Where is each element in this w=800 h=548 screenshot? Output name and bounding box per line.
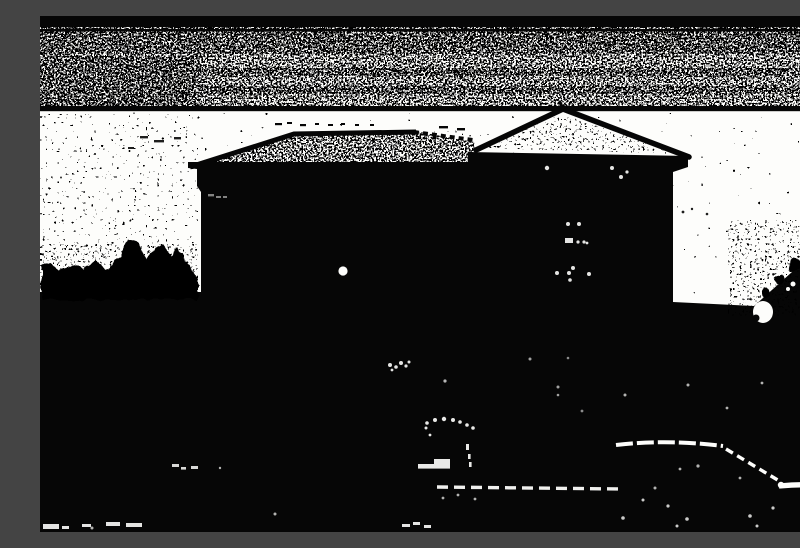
porch-lamp: [338, 266, 347, 275]
curb-line: [437, 487, 623, 489]
right-tree: [728, 220, 800, 323]
top-dark-strip: [40, 16, 800, 27]
power-line: [40, 106, 800, 111]
photocopied-photo: [40, 16, 800, 532]
sky-halftone-band: [40, 16, 800, 110]
left-treeline-grain: [40, 244, 198, 278]
photo-canvas: [40, 16, 800, 532]
